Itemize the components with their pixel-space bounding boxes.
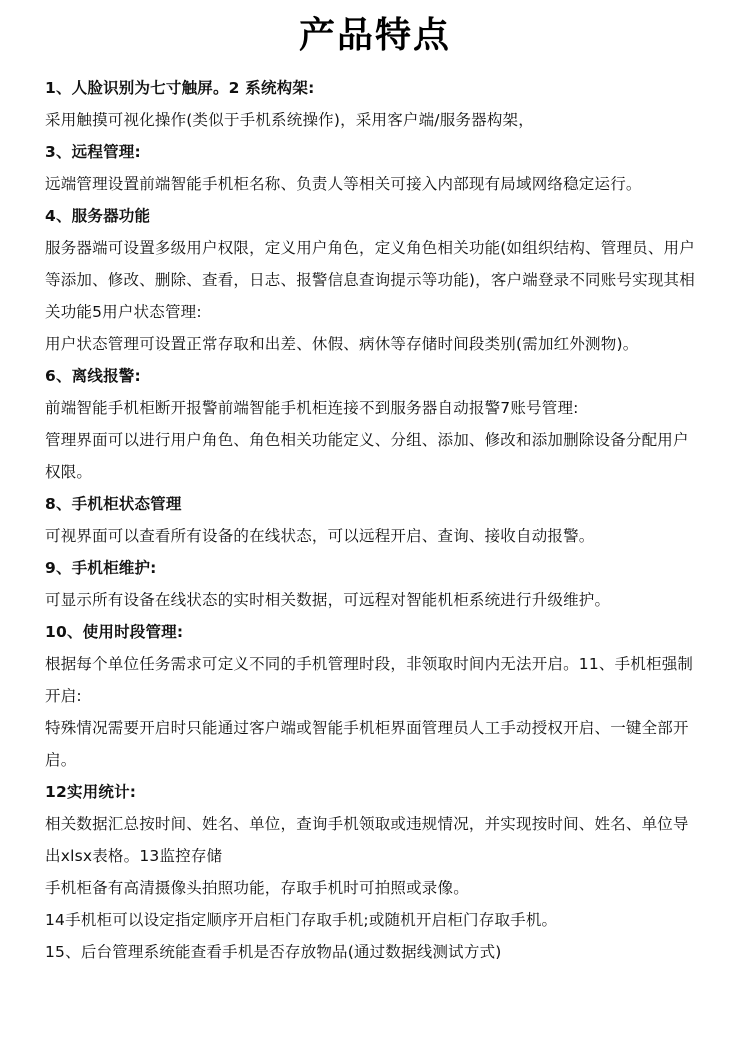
feature-line: 远端管理设置前端智能手机柜名称、负责人等相关可接入内部现有局域网络稳定运行。 (45, 168, 715, 200)
feature-line: 等添加、修改、删除、查看，日志、报警信息查询提示等功能)，客户端登录不同账号实现… (45, 264, 715, 296)
feature-line: 4、服务器功能 (45, 200, 715, 232)
feature-line: 8、手机柜状态管理 (45, 488, 715, 520)
feature-line: 开启: (45, 680, 715, 712)
feature-line: 特殊情况需要开启时只能通过客户端或智能手机柜界面管理员人工手动授权开启、一键全部… (45, 712, 715, 744)
feature-line: 3、远程管理: (45, 136, 715, 168)
feature-line: 关功能5用户状态管理: (45, 296, 715, 328)
feature-line: 10、使用时段管理: (45, 616, 715, 648)
feature-line: 用户状态管理可设置正常存取和出差、休假、病休等存储时间段类别(需加红外测物)。 (45, 328, 715, 360)
feature-line: 权限。 (45, 456, 715, 488)
feature-line: 14手机柜可以设定指定顺序开启柜门存取手机;或随机开启柜门存取手机。 (45, 904, 715, 936)
feature-line: 1、人脸识别为七寸触屏。2 系统构架: (45, 72, 715, 104)
feature-line: 服务器端可设置多级用户权限，定义用户角色，定义角色相关功能(如组织结构、管理员、… (45, 232, 715, 264)
feature-line: 6、离线报警: (45, 360, 715, 392)
feature-list: 1、人脸识别为七寸触屏。2 系统构架: 采用触摸可视化操作(类似于手机系统操作)… (45, 72, 715, 968)
feature-line: 9、手机柜维护: (45, 552, 715, 584)
feature-line: 启。 (45, 744, 715, 776)
feature-line: 根据每个单位任务需求可定义不同的手机管理时段，非领取时间内无法开启。11、手机柜… (45, 648, 715, 680)
feature-line: 12实用统计: (45, 776, 715, 808)
feature-line: 管理界面可以进行用户角色、角色相关功能定义、分组、添加、修改和添加删除设备分配用… (45, 424, 715, 456)
feature-line: 可视界面可以查看所有设备的在线状态，可以远程开启、查询、接收自动报警。 (45, 520, 715, 552)
feature-line: 15、后台管理系统能查看手机是否存放物品(通过数据线测试方式) (45, 936, 715, 968)
feature-line: 前端智能手机柜断开报警前端智能手机柜连接不到服务器自动报警7账号管理: (45, 392, 715, 424)
feature-line: 采用触摸可视化操作(类似于手机系统操作)，采用客户端/服务器构架， (45, 104, 715, 136)
feature-line: 手机柜备有高清摄像头拍照功能，存取手机时可拍照或录像。 (45, 872, 715, 904)
feature-line: 相关数据汇总按时间、姓名、单位，查询手机领取或违规情况，并实现按时间、姓名、单位… (45, 808, 715, 840)
page-title: 产品特点 (0, 10, 750, 62)
feature-line: 出xlsx表格。13监控存储 (45, 840, 715, 872)
feature-line: 可显示所有设备在线状态的实时相关数据，可远程对智能机柜系统进行升级维护。 (45, 584, 715, 616)
